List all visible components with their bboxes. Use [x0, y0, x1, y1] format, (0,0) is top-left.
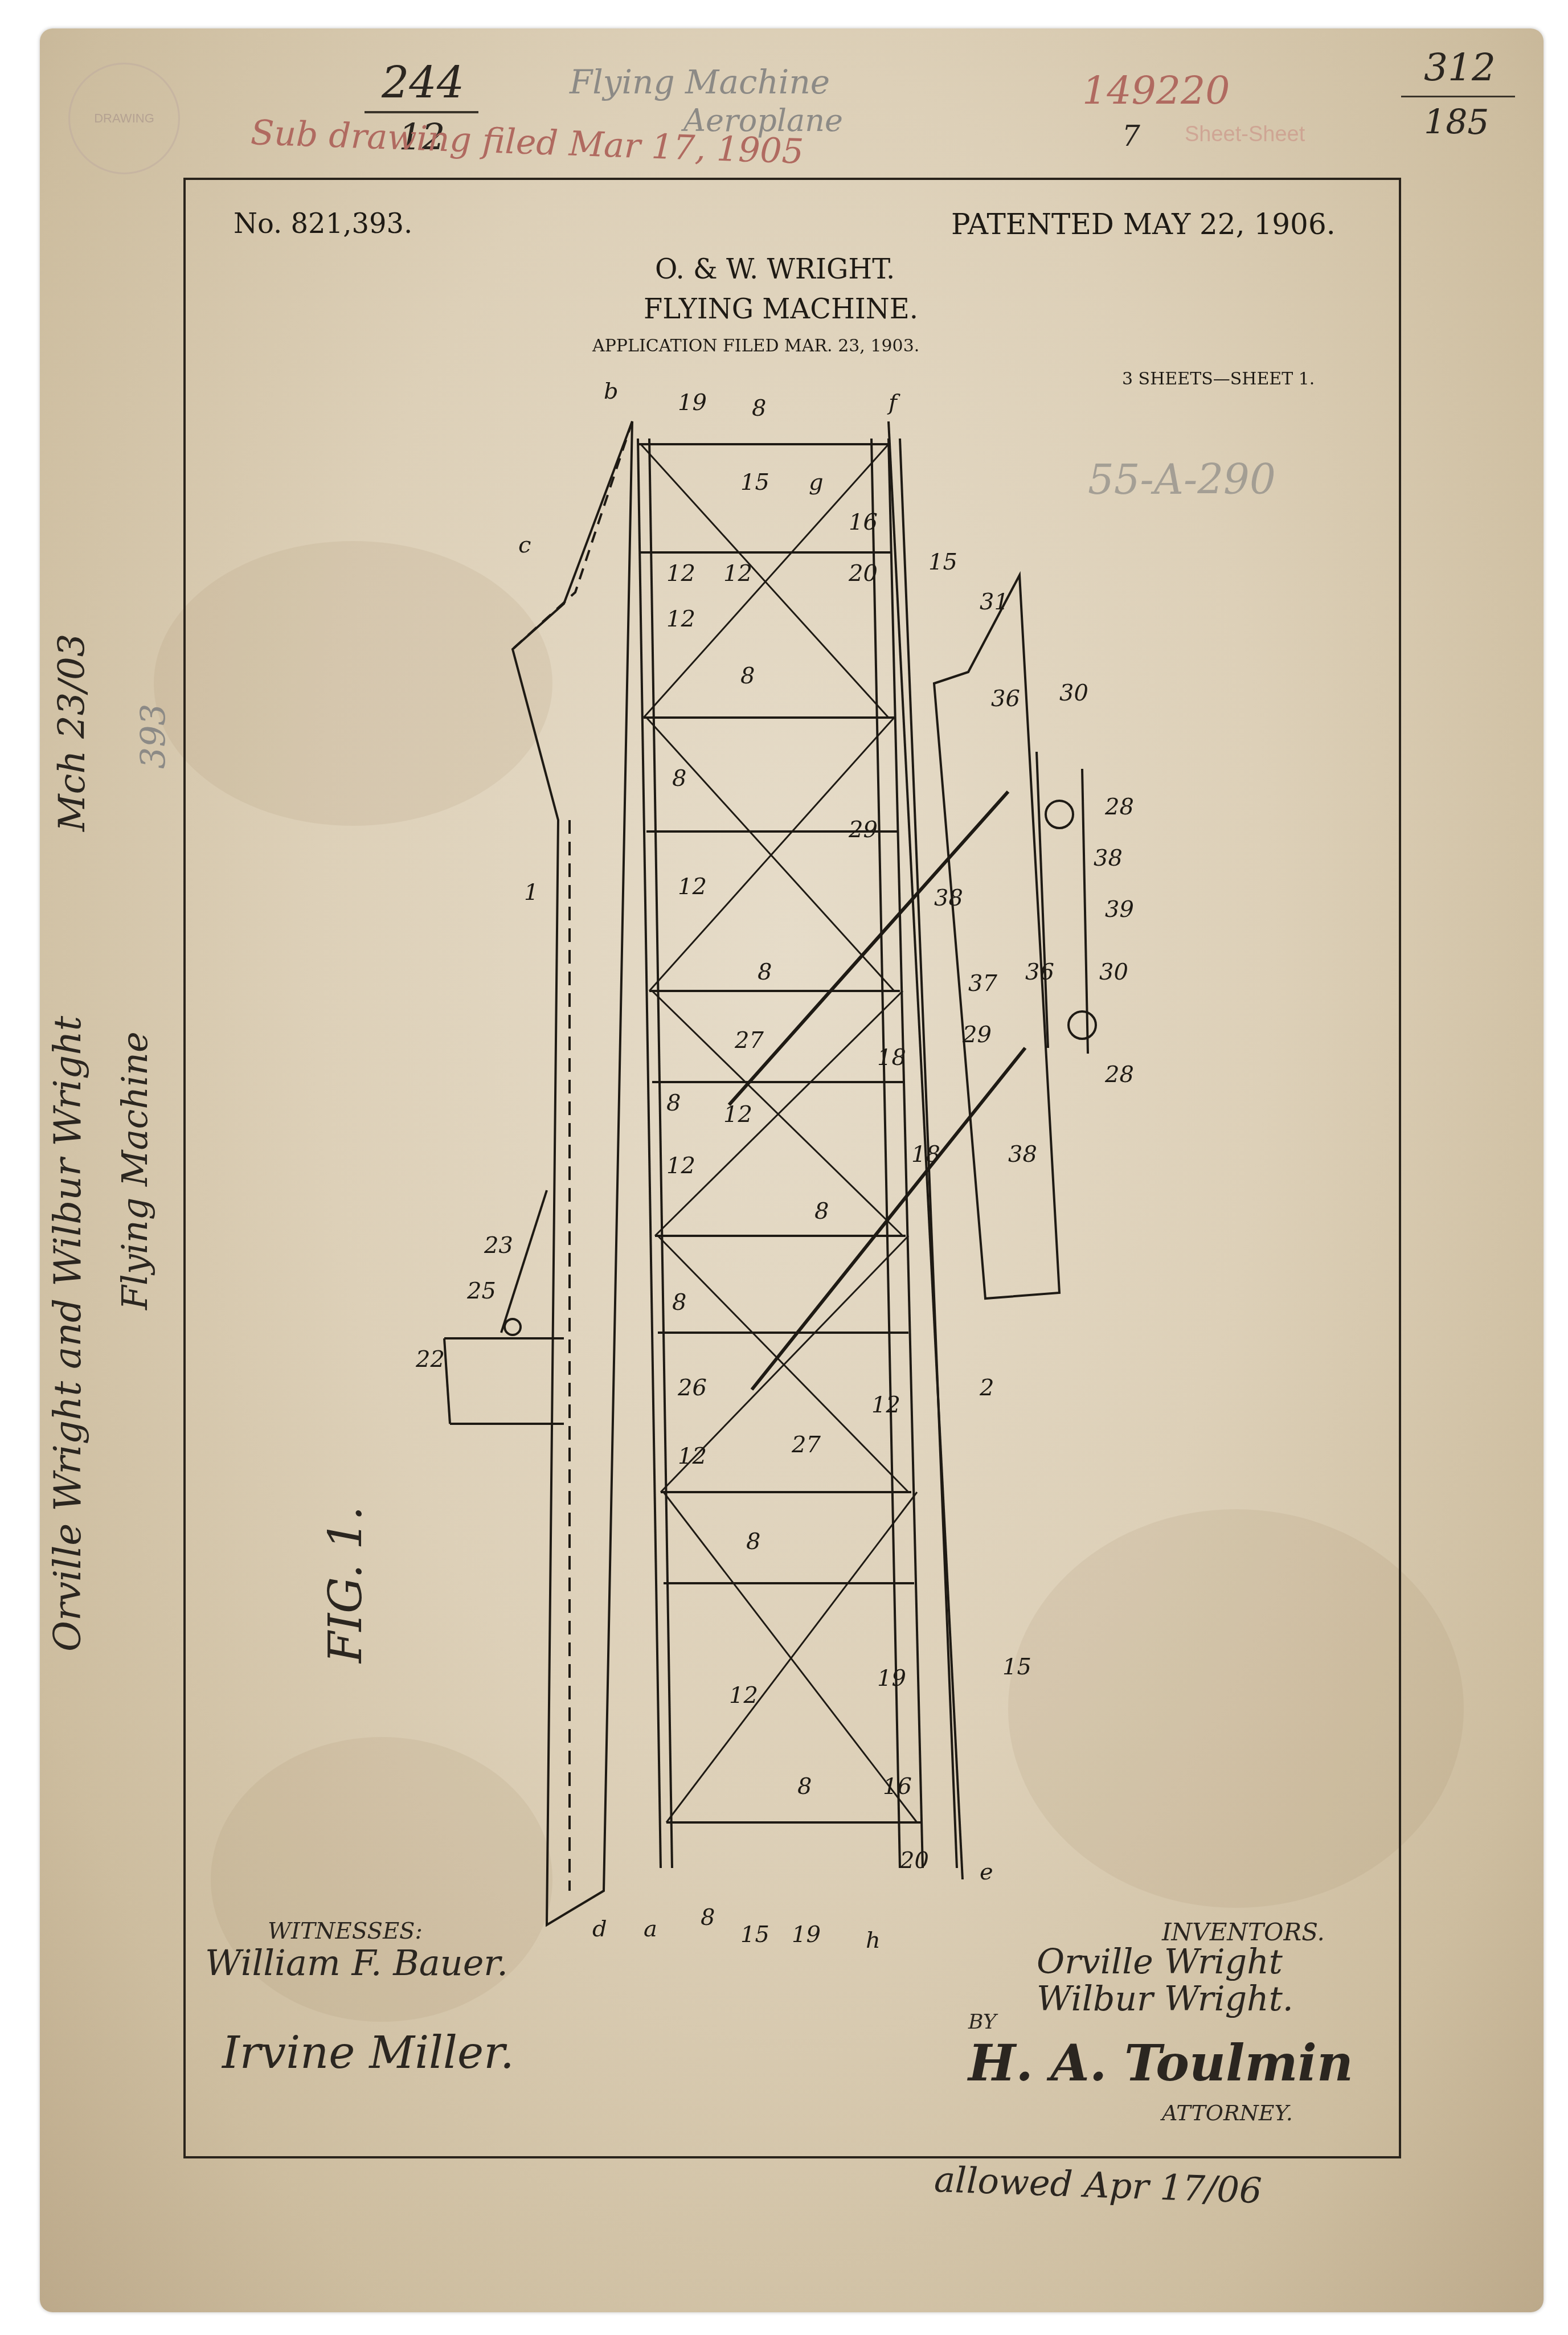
svg-text:8: 8: [701, 1904, 715, 1931]
svg-text:38: 38: [1094, 845, 1123, 871]
svg-text:1: 1: [524, 879, 538, 906]
svg-text:19: 19: [678, 390, 707, 416]
svg-text:25: 25: [466, 1278, 496, 1304]
svg-text:8: 8: [746, 1529, 760, 1555]
svg-text:12: 12: [666, 1153, 695, 1179]
svg-text:2: 2: [979, 1375, 994, 1401]
svg-text:12: 12: [678, 874, 707, 900]
witness-signature-2: Irvine Miller.: [222, 2027, 514, 2079]
svg-text:37: 37: [968, 970, 997, 997]
svg-text:12: 12: [871, 1392, 900, 1418]
attorney-label: ATTORNEY.: [1162, 2100, 1293, 2125]
svg-text:8: 8: [797, 1773, 812, 1800]
svg-text:8: 8: [672, 765, 686, 792]
svg-text:18: 18: [911, 1141, 940, 1167]
svg-text:38: 38: [934, 885, 963, 911]
inventor-signature-2: Wilbur Wright.: [1037, 1979, 1293, 2019]
svg-text:8: 8: [740, 663, 755, 689]
svg-text:12: 12: [723, 560, 752, 587]
svg-text:30: 30: [1059, 680, 1088, 706]
svg-text:23: 23: [484, 1232, 513, 1259]
svg-text:15: 15: [740, 1922, 769, 1948]
svg-text:38: 38: [1008, 1141, 1037, 1167]
svg-text:28: 28: [1104, 794, 1134, 820]
svg-text:15: 15: [928, 549, 957, 575]
svg-text:27: 27: [791, 1432, 821, 1458]
svg-text:b: b: [604, 378, 619, 404]
svg-text:18: 18: [877, 1044, 906, 1071]
svg-text:12: 12: [678, 1443, 707, 1469]
svg-text:19: 19: [792, 1922, 821, 1948]
by-label: BY: [968, 2010, 997, 2034]
svg-text:8: 8: [666, 1090, 681, 1116]
svg-text:16: 16: [849, 509, 878, 535]
svg-text:e: e: [980, 1859, 993, 1885]
svg-text:8: 8: [758, 959, 772, 985]
svg-text:g: g: [809, 469, 824, 495]
svg-text:12: 12: [666, 606, 695, 632]
witnesses-label: WITNESSES:: [268, 1918, 423, 1944]
rudder-outline: [934, 575, 1059, 1298]
svg-text:27: 27: [734, 1027, 764, 1054]
svg-text:30: 30: [1099, 959, 1128, 985]
drawing-reference-labels: b 19 8 f c 15 g 16 12 12 20 15 31 12 8 8…: [415, 378, 1134, 1953]
svg-text:12: 12: [723, 1101, 752, 1128]
svg-text:31: 31: [980, 589, 1009, 615]
svg-text:15: 15: [1002, 1654, 1031, 1680]
svg-text:15: 15: [740, 469, 769, 495]
upper-wing-outline: [513, 421, 632, 1925]
svg-text:20: 20: [899, 1847, 929, 1874]
svg-text:29: 29: [962, 1022, 992, 1048]
svg-text:12: 12: [666, 560, 695, 587]
svg-text:19: 19: [877, 1665, 906, 1691]
svg-text:12: 12: [729, 1682, 758, 1709]
svg-text:36: 36: [991, 686, 1020, 712]
svg-text:h: h: [866, 1927, 881, 1953]
svg-text:29: 29: [848, 817, 878, 843]
flying-machine-drawing: b 19 8 f c 15 g 16 12 12 20 15 31 12 8 8…: [0, 0, 1568, 2335]
svg-text:36: 36: [1025, 959, 1054, 985]
svg-text:a: a: [644, 1916, 657, 1942]
svg-text:8: 8: [814, 1198, 829, 1224]
svg-text:22: 22: [415, 1346, 445, 1373]
svg-text:20: 20: [848, 560, 878, 587]
svg-text:f: f: [887, 390, 900, 416]
svg-text:28: 28: [1104, 1062, 1134, 1088]
svg-text:d: d: [592, 1916, 607, 1942]
inventor-signature-1: Orville Wright: [1037, 1942, 1283, 1982]
svg-text:8: 8: [752, 395, 766, 421]
attorney-signature: H. A. Toulmin: [968, 2033, 1353, 2092]
svg-text:26: 26: [677, 1375, 707, 1401]
svg-text:8: 8: [672, 1289, 686, 1316]
svg-text:16: 16: [883, 1773, 912, 1800]
witness-signature-1: William F. Bauer.: [205, 1942, 508, 1984]
svg-text:39: 39: [1105, 896, 1134, 923]
svg-text:c: c: [518, 532, 531, 558]
